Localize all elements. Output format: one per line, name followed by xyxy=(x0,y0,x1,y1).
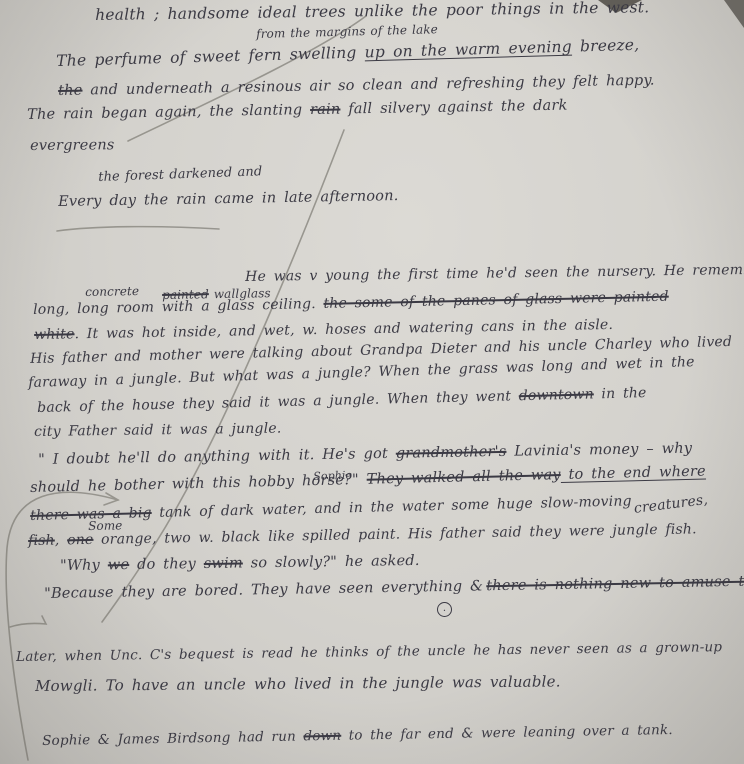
manuscript-line: "Why we do they swim so slowly?" he aske… xyxy=(60,553,420,574)
handwritten-text: evergreens xyxy=(30,137,115,154)
struck-text: fish xyxy=(28,533,55,549)
manuscript-line: The perfume of sweet fern swelling up on… xyxy=(56,36,640,70)
handwritten-text: concrete xyxy=(85,284,139,299)
manuscript-line: Every day the rain came in late afternoo… xyxy=(58,188,399,210)
manuscript-line: Sophie & James Birdsong had run down to … xyxy=(42,722,673,749)
handwritten-text: The perfume of sweet fern swelling xyxy=(56,43,365,70)
manuscript-line: evergreens xyxy=(30,137,115,154)
handwritten-text: . xyxy=(443,603,446,614)
struck-text: we xyxy=(108,557,130,573)
handwritten-text: Sophie & James Birdsong had run xyxy=(42,728,304,749)
manuscript-line: " I doubt he'll do anything with it. He'… xyxy=(38,441,692,468)
handwritten-text: "Why xyxy=(60,557,108,574)
manuscript-line: Mowgli. To have an uncle who lived in th… xyxy=(35,672,561,695)
circled-period-mark: . xyxy=(437,602,452,617)
handwritten-text: fall silvery against the dark xyxy=(340,98,567,118)
handwritten-text: Mowgli. To have an uncle who lived in th… xyxy=(35,672,561,695)
manuscript-line: creatures, xyxy=(633,492,709,517)
manuscript-photo: health ; handsome ideal trees unlike the… xyxy=(0,0,744,764)
top-right-corner-shadow xyxy=(724,0,744,28)
struck-text: swim xyxy=(204,555,243,572)
manuscript-line: back of the house they said it was a jun… xyxy=(37,385,647,416)
struck-text: They walked all the way xyxy=(366,467,560,488)
struck-text: down xyxy=(303,728,341,745)
handwritten-text: to the far end & were leaning over a tan… xyxy=(341,722,673,744)
struck-text: up on the warm evening xyxy=(364,38,572,62)
struck-text: downtown xyxy=(519,386,594,404)
manuscript-line: city Father said it was a jungle. xyxy=(34,421,282,440)
handwritten-text: Lavinia's money – why xyxy=(506,441,692,460)
handwritten-text: health ; handsome ideal trees unlike the… xyxy=(95,0,649,24)
manuscript-line: health ; handsome ideal trees unlike the… xyxy=(95,0,649,24)
handwritten-text: , xyxy=(55,532,68,548)
struck-text: the xyxy=(58,83,83,99)
struck-text: rain xyxy=(310,102,341,119)
handwritten-text: He was v young the first time he'd seen … xyxy=(245,261,744,285)
handwritten-text: do they xyxy=(129,556,204,573)
handwritten-text: Later, when Unc. C's bequest is read he … xyxy=(16,639,722,665)
handwritten-text: long, long room with a glass ceiling. xyxy=(33,296,324,318)
handwritten-text: orange, two w. black like spilled paint.… xyxy=(93,521,697,548)
struck-text: one xyxy=(67,532,94,548)
underlined-text: to the end where xyxy=(561,463,707,483)
handwritten-text: The rain began again, the slanting xyxy=(27,102,310,123)
handwritten-text: creatures, xyxy=(633,492,709,517)
pencil-margin-tick xyxy=(10,616,46,627)
struck-text: grandmother's xyxy=(396,444,507,462)
struck-text: the some of the panes of glass were pain… xyxy=(323,289,669,312)
struck-text: there is nothing new to amuse them xyxy=(486,573,744,594)
manuscript-line: He was v young the first time he'd seen … xyxy=(245,261,744,285)
struck-text: white xyxy=(34,326,75,343)
handwritten-text: tank of dark water, and in the water som… xyxy=(151,493,631,521)
handwritten-text: from the margins of the lake xyxy=(256,22,438,41)
manuscript-line: the and underneath a resinous air so cle… xyxy=(58,73,655,99)
manuscript-line: The rain began again, the slanting rain … xyxy=(27,98,568,123)
handwritten-text: Every day the rain came in late afternoo… xyxy=(58,188,399,210)
manuscript-line: Later, when Unc. C's bequest is read he … xyxy=(16,639,722,665)
handwritten-text: " I doubt he'll do anything with it. He'… xyxy=(38,446,396,468)
inserted-phrase: from the margins of the lake xyxy=(256,22,438,41)
inserted-phrase: the forest darkened and xyxy=(98,164,263,185)
manuscript-line: fish, one orange, two w. black like spil… xyxy=(28,521,697,549)
pencil-divider-line xyxy=(57,227,219,231)
handwritten-text: back of the house they said it was a jun… xyxy=(37,388,519,416)
handwritten-text: city Father said it was a jungle. xyxy=(34,421,282,440)
handwritten-text: so slowly?" he asked. xyxy=(243,553,420,571)
pencil-arrowhead xyxy=(104,493,118,505)
manuscript-line: should he bother with this hobby horse?"… xyxy=(30,463,706,496)
handwritten-text: should he bother with this hobby horse?" xyxy=(30,472,367,496)
handwritten-text: "Because they are bored. They have seen … xyxy=(44,578,483,602)
handwritten-text: breeze, xyxy=(572,36,640,56)
handwritten-text: the forest darkened and xyxy=(98,164,263,185)
handwritten-text: and underneath a resinous air so clean a… xyxy=(82,73,654,99)
handwritten-text: in the xyxy=(594,385,647,402)
manuscript-line: "Because they are bored. They have seen … xyxy=(44,573,744,602)
inserted-word: concrete xyxy=(85,284,139,299)
